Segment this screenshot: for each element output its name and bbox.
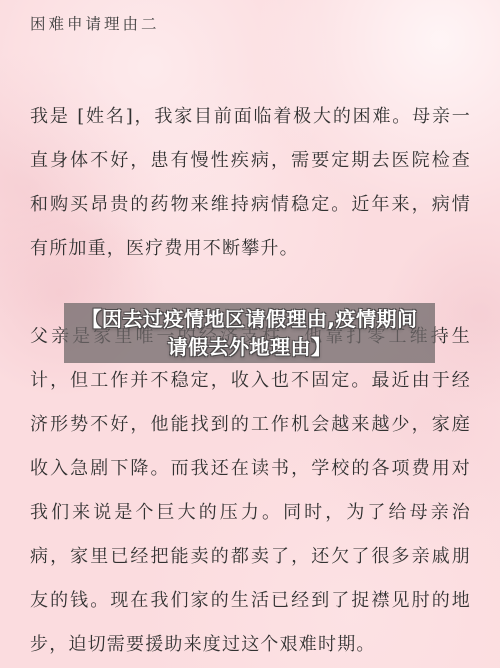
page-title: 困难申请理由二 — [30, 13, 160, 35]
document-page: 困难申请理由二 我是 [姓名]，我家目前面临着极大的困难。母亲一直身体不好，患有… — [0, 0, 500, 668]
paragraph: 我是 [姓名]，我家目前面临着极大的困难。母亲一直身体不好，患有慢性疾病，需要定… — [30, 95, 471, 271]
caption-line-1: 【因去过疫情地区请假理由,疫情期间 — [81, 305, 417, 333]
paragraph: 父亲是家里唯一的经济支柱，他靠打零工维持生计，但工作并不稳定，收入也不固定。最近… — [30, 315, 471, 667]
caption-line-2: 请假去外地理由】 — [168, 333, 332, 361]
caption-overlay: 【因去过疫情地区请假理由,疫情期间 请假去外地理由】 — [64, 303, 435, 363]
body-text: 我是 [姓名]，我家目前面临着极大的困难。母亲一直身体不好，患有慢性疾病，需要定… — [30, 95, 471, 667]
